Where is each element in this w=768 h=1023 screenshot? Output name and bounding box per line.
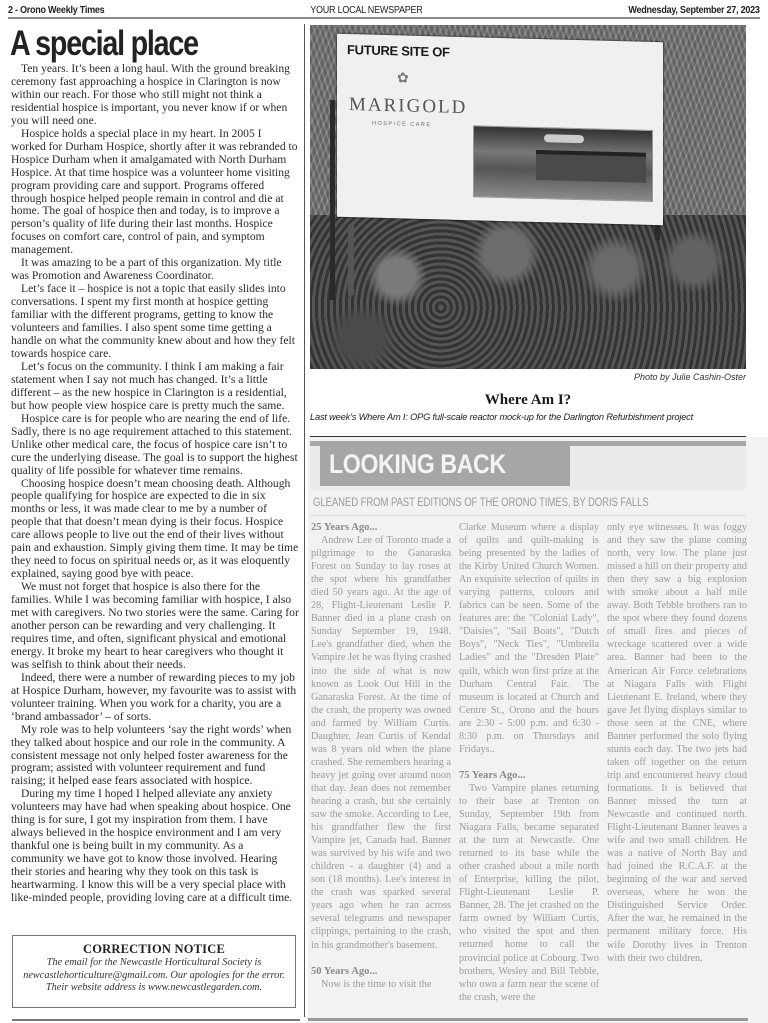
marigold-flower-icon: ✿ bbox=[397, 70, 409, 86]
article-paragraph: It was amazing to be a part of this orga… bbox=[11, 257, 299, 283]
subtitle-divider bbox=[310, 515, 746, 516]
looking-back-title: LOOKING BACK bbox=[329, 449, 506, 480]
looking-back-column-1: 25 Years Ago... Andrew Lee of Toronto ma… bbox=[311, 521, 451, 991]
looking-back-column-3: only eye witnesses. It was foggy and the… bbox=[607, 521, 747, 965]
page-number-publication: 2 - Orono Weekly Times bbox=[8, 4, 104, 16]
bottom-divider bbox=[308, 1018, 748, 1021]
tagline: YOUR LOCAL NEWSPAPER bbox=[310, 4, 422, 16]
building-shape bbox=[536, 150, 646, 183]
sign-brand-sub: HOSPICE CARE bbox=[372, 121, 432, 129]
correction-notice: CORRECTION NOTICE The email for the Newc… bbox=[12, 935, 296, 1008]
section-body-50-years-cont: Clarke Museum where a display of quilts … bbox=[459, 521, 599, 756]
article-paragraph: Hospice care is for people who are neari… bbox=[11, 413, 299, 478]
article-body: Ten years. It’s been a long haul. With t… bbox=[11, 63, 299, 905]
article-paragraph: We must not forget that hospice is also … bbox=[11, 581, 299, 672]
section-body-25-years: Andrew Lee of Toronto made a pilgrimage … bbox=[311, 534, 451, 952]
section-body-50-years-start: Now is the time to visit the bbox=[311, 978, 451, 991]
section-body-75-years: Two Vampire planes returning to their ba… bbox=[459, 782, 599, 1004]
issue-date: Wednesday, September 27, 2023 bbox=[628, 4, 759, 16]
sign-brand: MARIGOLD bbox=[349, 94, 467, 119]
hospice-site-photo: FUTURE SITE OF ✿ MARIGOLD HOSPICE CARE bbox=[310, 25, 746, 369]
correction-line: newcastlehorticulture@gmail.com. Our apo… bbox=[13, 970, 295, 983]
correction-line: The email for the Newcastle Horticultura… bbox=[13, 957, 295, 970]
sign-heading: FUTURE SITE OF bbox=[347, 42, 450, 60]
article-paragraph: My role was to help volunteers ‘say the … bbox=[11, 724, 299, 789]
cloud-shape bbox=[544, 134, 584, 143]
photo-credit: Photo by Julie Cashin-Oster bbox=[310, 372, 746, 382]
correction-line: Their website address is www.newcastlega… bbox=[13, 982, 295, 995]
article-paragraph: Indeed, there were a number of rewarding… bbox=[11, 672, 299, 724]
looking-back-column-2: Clarke Museum where a display of quilts … bbox=[459, 521, 599, 1004]
section-heading-75-years: 75 Years Ago... bbox=[459, 769, 599, 782]
article-paragraph: Let’s face it – hospice is not a topic t… bbox=[11, 283, 299, 361]
masthead-divider bbox=[8, 17, 760, 19]
article-headline: A special place bbox=[10, 24, 198, 64]
masthead: 2 - Orono Weekly Times YOUR LOCAL NEWSPA… bbox=[8, 2, 760, 17]
section-body-75-years-cont: only eye witnesses. It was foggy and the… bbox=[607, 521, 747, 965]
article-paragraph: Let’s focus on the community. I think I … bbox=[11, 361, 299, 413]
correction-title: CORRECTION NOTICE bbox=[13, 942, 295, 957]
where-am-i-caption: Last week’s Where Am I: OPG full-scale r… bbox=[310, 412, 750, 422]
bottom-divider bbox=[12, 1019, 300, 1021]
building-rendering bbox=[473, 125, 653, 202]
article-paragraph: Hospice holds a special place in my hear… bbox=[11, 128, 299, 258]
article-paragraph: Choosing hospice doesn’t mean choosing d… bbox=[11, 478, 299, 582]
article-paragraph: During my time I hoped I helped alleviat… bbox=[11, 788, 299, 905]
looking-back-subtitle: GLEANED FROM PAST EDITIONS OF THE ORONO … bbox=[313, 497, 649, 509]
flower-bushes bbox=[310, 215, 746, 369]
where-am-i-title: Where Am I? bbox=[310, 392, 746, 409]
column-divider bbox=[304, 24, 305, 1017]
section-heading-50-years: 50 Years Ago... bbox=[311, 965, 451, 978]
future-site-sign: FUTURE SITE OF ✿ MARIGOLD HOSPICE CARE bbox=[337, 34, 663, 226]
sign-post bbox=[330, 100, 335, 300]
section-heading-25-years: 25 Years Ago... bbox=[311, 521, 451, 534]
article-paragraph: Ten years. It’s been a long haul. With t… bbox=[11, 63, 299, 128]
stake bbox=[348, 225, 354, 295]
